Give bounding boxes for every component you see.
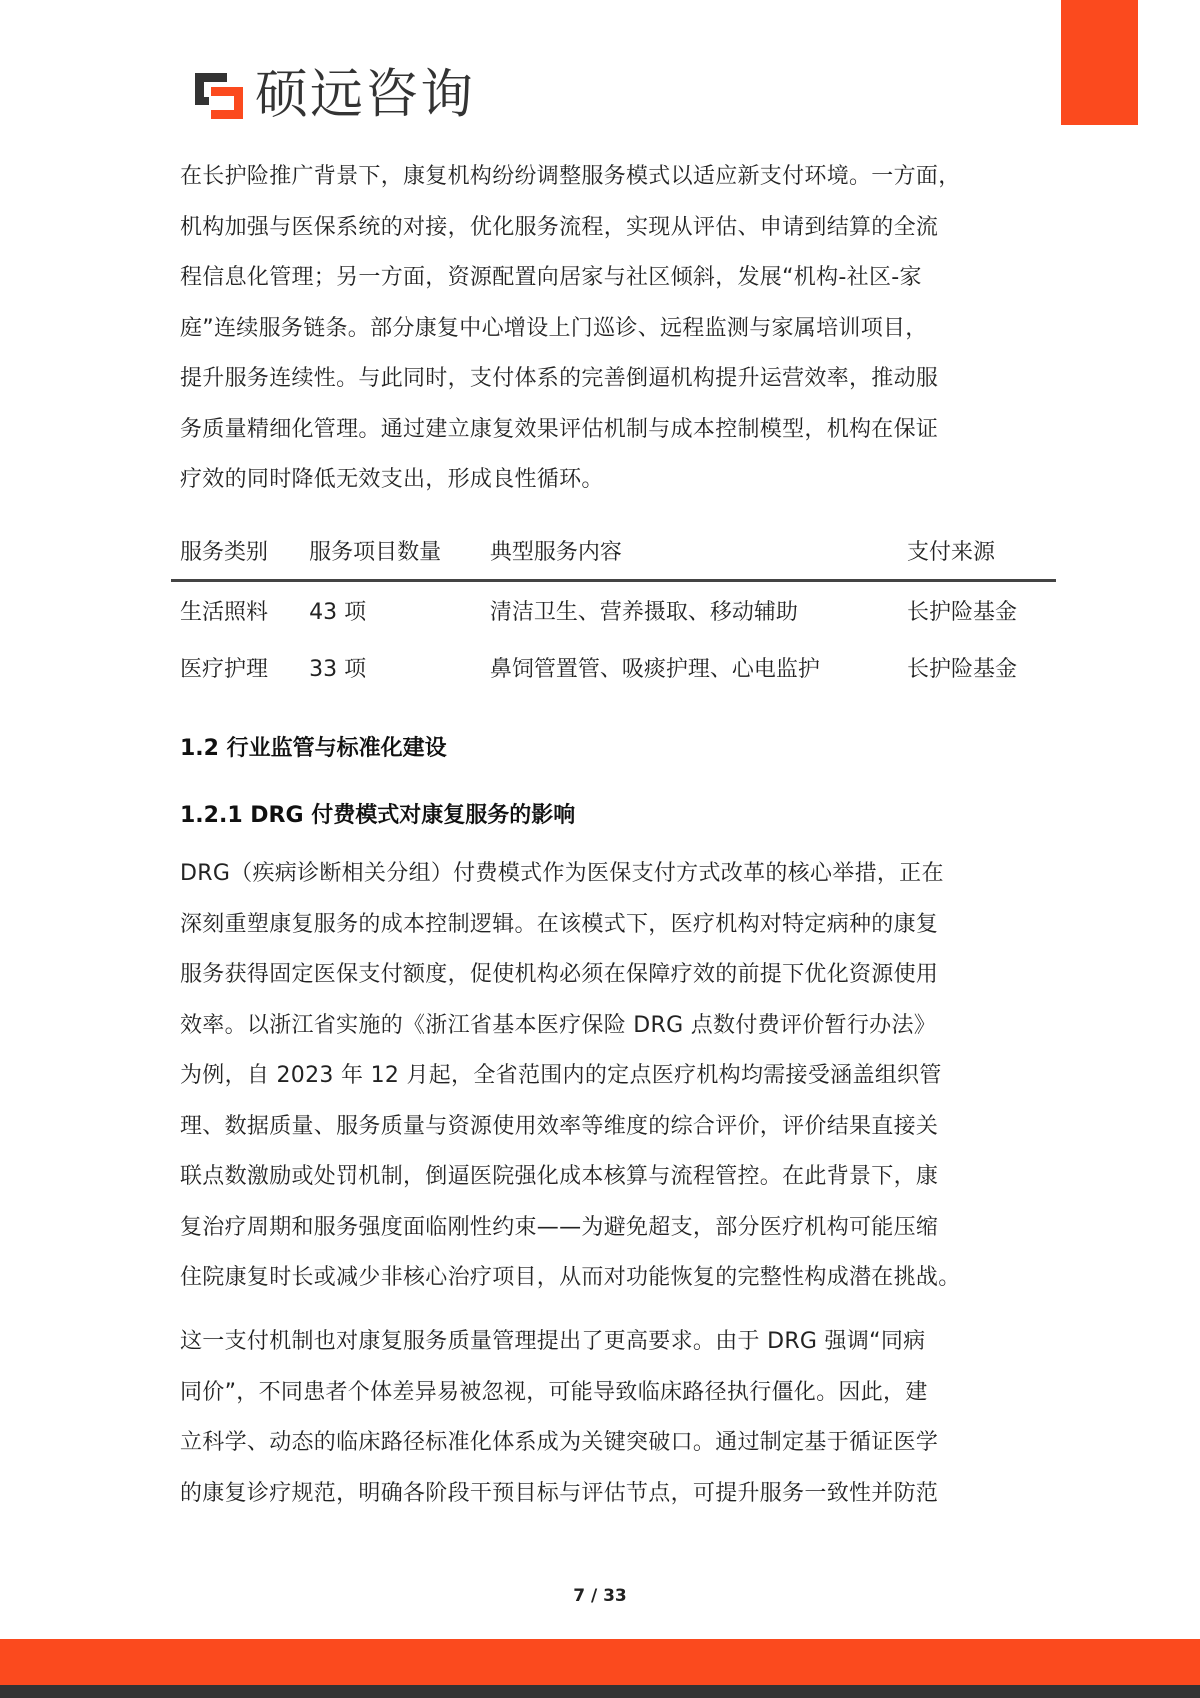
text-line: 这一支付机制也对康复服务质量管理提出了更高要求。由于 DRG 强调“同病 [180, 1317, 1060, 1368]
text-line: DRG（疾病诊断相关分组）付费模式作为医保支付方式改革的核心举措，正在 [180, 849, 1060, 900]
text-line: 理、数据质量、服务质量与资源使用效率等维度的综合评价，评价结果直接关 [180, 1102, 1060, 1153]
text-line: 为例，自 2023 年 12 月起，全省范围内的定点医疗机构均需接受涵盖组织管 [180, 1051, 1060, 1102]
page-number: 7 / 33 [0, 1586, 1200, 1606]
drg-paragraph: DRG（疾病诊断相关分组）付费模式作为医保支付方式改革的核心举措，正在 深刻重塑… [180, 849, 1060, 1304]
table-row: 医疗护理 33 项 鼻饲管置管、吸痰护理、心电监护 长护险基金 [171, 639, 1056, 696]
table-cell: 生活照料 [171, 595, 309, 626]
text-line: 住院康复时长或减少非核心治疗项目，从而对功能恢复的完整性构成潜在挑战。 [180, 1253, 1060, 1304]
logo-mark-icon [193, 69, 245, 121]
service-table: 服务类别 服务项目数量 典型服务内容 支付来源 生活照料 43 项 清洁卫生、营… [171, 522, 1056, 696]
table-cell: 长护险基金 [907, 652, 1056, 683]
text-line: 提升服务连续性。与此同时，支付体系的完善倒逼机构提升运营效率，推动服 [180, 354, 1060, 405]
table-cell: 33 项 [309, 652, 490, 683]
table-cell: 长护险基金 [907, 595, 1056, 626]
text-line: 联点数激励或处罚机制，倒逼医院强化成本核算与流程管控。在此背景下，康 [180, 1152, 1060, 1203]
text-line: 机构加强与医保系统的对接，优化服务流程，实现从评估、申请到结算的全流 [180, 203, 1060, 254]
table-header-cell: 支付来源 [907, 535, 1056, 566]
brand-name: 硕远咨询 [255, 67, 475, 123]
table-header-row: 服务类别 服务项目数量 典型服务内容 支付来源 [171, 522, 1056, 582]
text-line: 程信息化管理；另一方面，资源配置向居家与社区倾斜，发展“机构-社区-家 [180, 253, 1060, 304]
text-line: 服务获得固定医保支付额度，促使机构必须在保障疗效的前提下优化资源使用 [180, 950, 1060, 1001]
text-line: 疗效的同时降低无效支出，形成良性循环。 [180, 455, 1060, 506]
text-line: 深刻重塑康复服务的成本控制逻辑。在该模式下，医疗机构对特定病种的康复 [180, 900, 1060, 951]
text-line: 同价”，不同患者个体差异易被忽视，可能导致临床路径执行僵化。因此，建 [180, 1368, 1060, 1419]
footer-accent-band [0, 1639, 1200, 1685]
text-line: 庭”连续服务链条。部分康复中心增设上门巡诊、远程监测与家属培训项目， [180, 304, 1060, 355]
text-line: 立科学、动态的临床路径标准化体系成为关键突破口。通过制定基于循证医学 [180, 1418, 1060, 1469]
table-cell: 鼻饲管置管、吸痰护理、心电监护 [490, 652, 907, 683]
text-line: 复治疗周期和服务强度面临刚性约束——为避免超支，部分医疗机构可能压缩 [180, 1203, 1060, 1254]
footer-dark-strip [0, 1685, 1200, 1698]
brand-logo: 硕远咨询 [193, 67, 475, 123]
subsection-heading: 1.2.1 DRG 付费模式对康复服务的影响 [180, 798, 575, 829]
text-line: 在长护险推广背景下，康复机构纷纷调整服务模式以适应新支付环境。一方面， [180, 152, 1060, 203]
text-line: 的康复诊疗规范，明确各阶段干预目标与评估节点，可提升服务一致性并防范 [180, 1469, 1060, 1520]
table-cell: 清洁卫生、营养摄取、移动辅助 [490, 595, 907, 626]
text-line: 务质量精细化管理。通过建立康复效果评估机制与成本控制模型，机构在保证 [180, 405, 1060, 456]
table-row: 生活照料 43 项 清洁卫生、营养摄取、移动辅助 长护险基金 [171, 582, 1056, 639]
table-header-cell: 服务类别 [171, 535, 309, 566]
table-cell: 43 项 [309, 595, 490, 626]
table-header-cell: 服务项目数量 [309, 535, 490, 566]
section-heading: 1.2 行业监管与标准化建设 [180, 731, 447, 762]
text-line: 效率。以浙江省实施的《浙江省基本医疗保险 DRG 点数付费评价暂行办法》 [180, 1001, 1060, 1052]
intro-paragraph: 在长护险推广背景下，康复机构纷纷调整服务模式以适应新支付环境。一方面， 机构加强… [180, 152, 1060, 506]
corner-accent-tab [1061, 0, 1138, 125]
quality-paragraph: 这一支付机制也对康复服务质量管理提出了更高要求。由于 DRG 强调“同病 同价”… [180, 1317, 1060, 1519]
table-cell: 医疗护理 [171, 652, 309, 683]
table-header-cell: 典型服务内容 [490, 535, 907, 566]
